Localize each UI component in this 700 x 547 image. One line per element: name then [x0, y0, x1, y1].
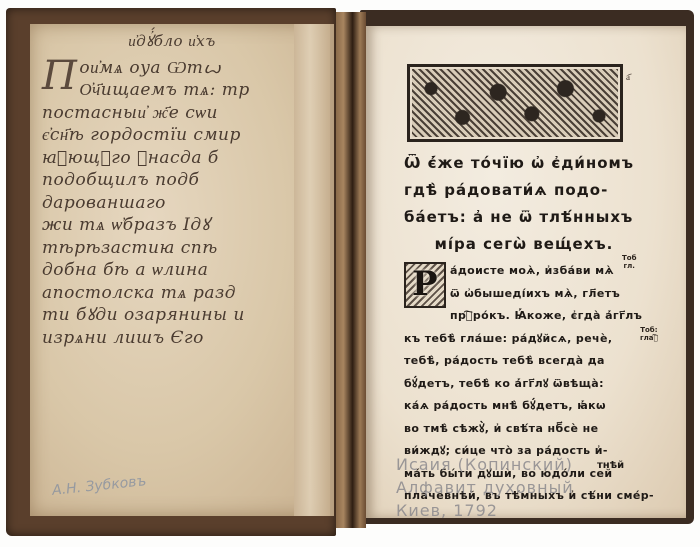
handwritten-line: постасныи҆ ж҃е сѡи [42, 102, 302, 125]
handwritten-text: и҆дꙋ҆́бло и҆хъ П ои҆мѧ оуа Ѡтꙍ О҆ч҃ищаем… [42, 30, 302, 349]
handwritten-line: изрѧни лишъ Єго [42, 327, 302, 350]
handwritten-line: апостолска тѧ разд [42, 282, 302, 305]
handwritten-line: подобщилъ подб [42, 169, 302, 192]
handwritten-line: є҆сн҃ѣ гордостїи смир [42, 124, 302, 147]
chapter-heading: Ѿ є҆́же то́чїю ѡ҆ є҆ди́номъ гдѣ̀ ра́дова… [404, 150, 644, 258]
handwritten-line: тѣрѣзастиꙗ спѣ [42, 237, 302, 260]
body-line: къ тебѣ̀ гла́ше: ра́дꙋйсѧ, речѐ, [404, 328, 644, 351]
woodcut-initial: Р [404, 262, 446, 308]
book-spine [336, 12, 366, 528]
handwritten-initial: П [42, 57, 77, 95]
handwritten-line: добна бѣ а ѡлина [42, 259, 302, 282]
pencil-annotation: Исаия (Копинский) Алфавит духовный Киев,… [396, 453, 574, 522]
body-line: прⷪ҇ро́къ. Ꙗ҆́коже, є҆гда̀ а҆́гг҃лъ [404, 305, 644, 328]
handwritten-line: ои҆мѧ оуа Ѡтꙍ [42, 57, 302, 80]
heading-line: Ѿ є҆́же то́чїю ѡ҆ є҆ди́номъ [404, 150, 644, 177]
handwritten-line: ꙗ҆ющꙋго ꙋнасда б [42, 147, 302, 170]
handwritten-title: и҆дꙋ҆́бло и҆хъ [42, 30, 302, 53]
body-line: во тмѣ̀ сѣжꙋ̀, и҆ свѣ́та нб҃сѐ не [404, 418, 644, 441]
pencil-line: Алфавит духовный [396, 476, 574, 499]
page-signature-mark: а҃ [626, 72, 630, 83]
margin-note: Тоб гл. [622, 254, 636, 270]
heading-line: мі́ра сегѡ̀ вещ́ехъ. [404, 231, 644, 258]
pencil-line: Киев, 1792 [396, 499, 574, 522]
heading-line: ба́етъ: а҆ не ѿ тлѣ́нныхъ [404, 204, 644, 231]
handwritten-line: жи тѧ ѡ҆бразъ Ідꙋ [42, 214, 302, 237]
handwritten-line: дарованшаго [42, 192, 302, 215]
body-line: тебѣ̀, ра́дость тебѣ̀ всегда̀ да [404, 350, 644, 373]
pencil-line: Исаия (Копинский) [396, 453, 574, 476]
handwritten-line: О҆ч҃ищаемъ тѧ: тр [42, 79, 302, 102]
body-line: ка́ѧ ра́дость мнѣ̀ бꙋ́детъ, ꙗ҆́кѡ [404, 395, 644, 418]
heading-line: гдѣ̀ ра́довати́ѧ подо- [404, 177, 644, 204]
ornamental-headpiece [407, 64, 623, 142]
open-book: и҆дꙋ҆́бло и҆хъ П ои҆мѧ оуа Ѡтꙍ О҆ч҃ищаем… [0, 0, 700, 547]
body-line: бꙋ́детъ, тебѣ̀ ко а҆́гг҃лꙋ ѿвѣща̀: [404, 373, 644, 396]
margin-note: Тоб: глаⷡ҇ [640, 326, 658, 342]
handwritten-line: ти бꙋди озарянины и [42, 304, 302, 327]
catchword: тнѣй [597, 460, 624, 471]
